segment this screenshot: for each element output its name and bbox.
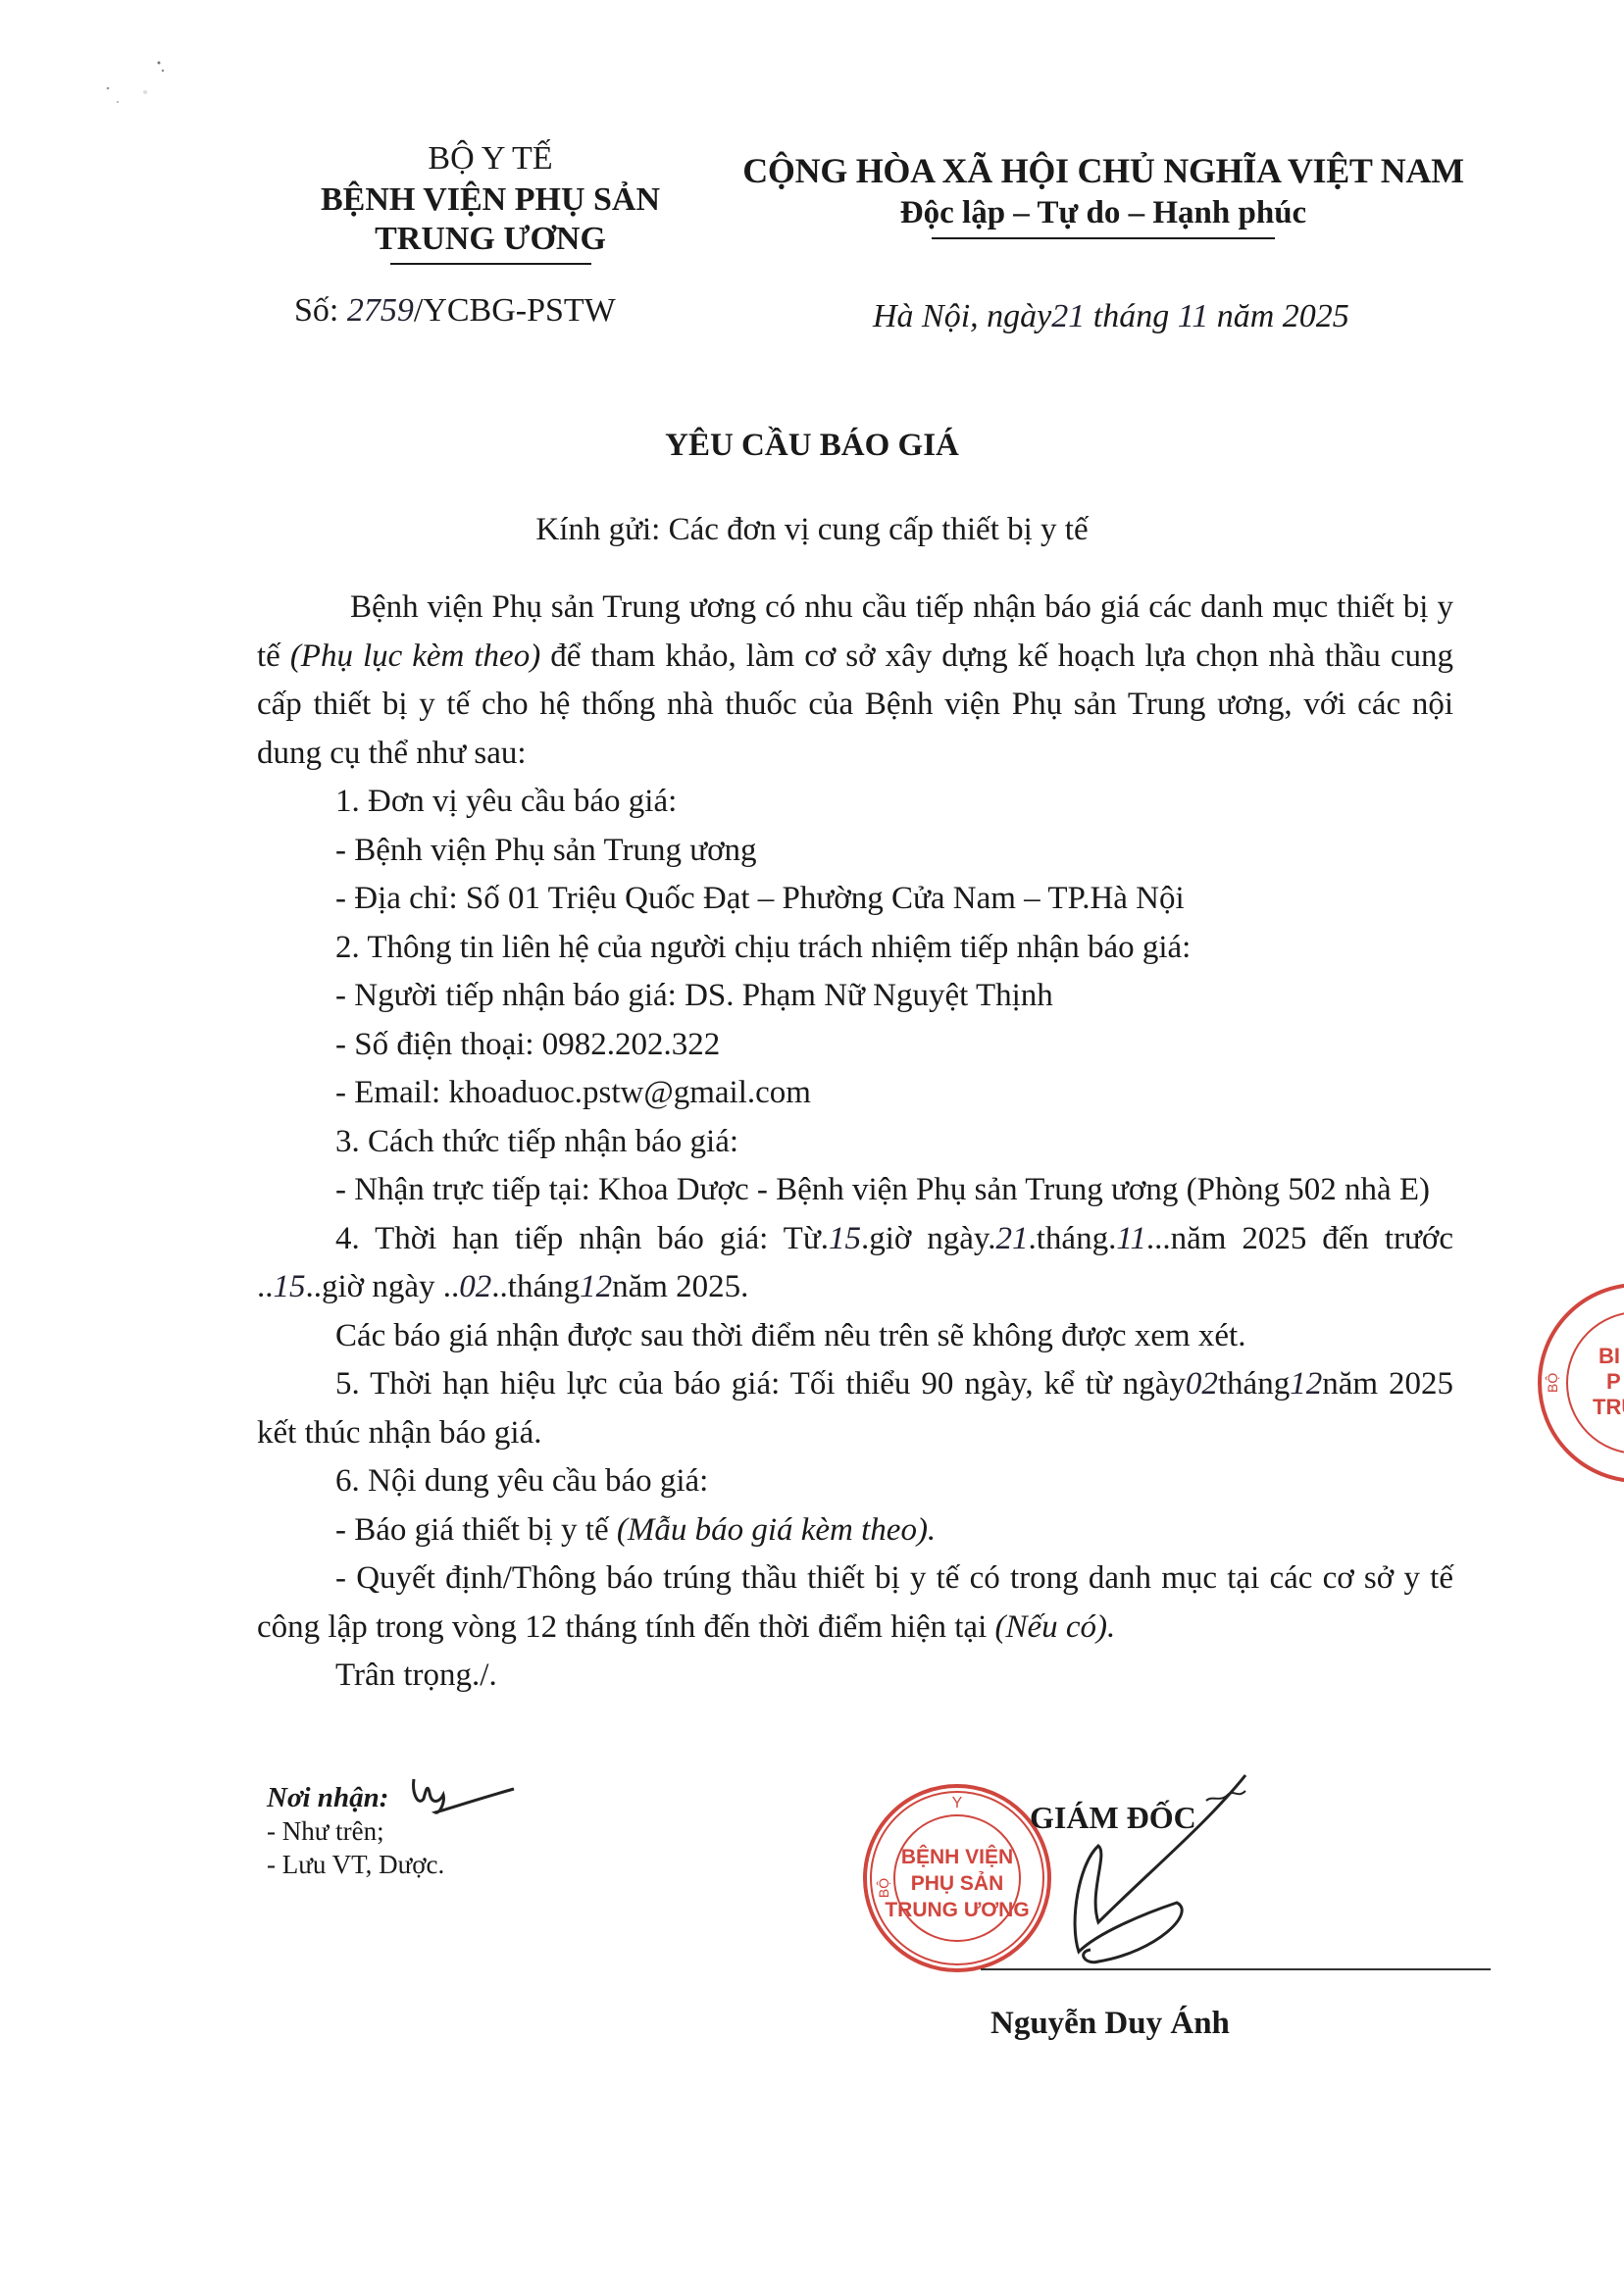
- to-hour: 15: [274, 1269, 306, 1304]
- document-title: YÊU CẦU BÁO GIÁ: [0, 428, 1624, 464]
- signature-line: [981, 1968, 1491, 1970]
- signatory-name: Nguyễn Duy Ánh: [990, 2006, 1230, 2042]
- item-text: - Báo giá thiết bị y tế: [335, 1512, 617, 1548]
- hospital-name-line2: TRUNG ƯƠNG: [275, 220, 706, 259]
- section-4-deadline: 4. Thời hạn tiếp nhận báo giá: Từ.15.giờ…: [257, 1215, 1453, 1312]
- intro-paragraph: Bệnh viện Phụ sản Trung ương có nhu cầu …: [257, 584, 1453, 778]
- s4-text: .giờ ngày.: [861, 1221, 996, 1256]
- closing-regards: Trân trọng./.: [257, 1652, 1453, 1701]
- svg-text:BỘ: BỘ: [1545, 1373, 1560, 1393]
- late-submission-note: Các báo giá nhận được sau thời điểm nêu …: [257, 1312, 1453, 1361]
- receipt-method: - Nhận trực tiếp tại: Khoa Dược - Bệnh v…: [257, 1166, 1453, 1215]
- svg-text:BI: BI: [1599, 1344, 1620, 1368]
- s4-text: năm 2025.: [612, 1269, 748, 1304]
- svg-text:BỘ: BỘ: [876, 1878, 891, 1898]
- issuer-header: BỘ Y TẾ BỆNH VIỆN PHỤ SẢN TRUNG ƯƠNG: [275, 137, 706, 265]
- national-motto: Độc lập – Tự do – Hạnh phúc: [716, 192, 1491, 233]
- from-day: 21: [996, 1221, 1029, 1256]
- s5-text: tháng: [1218, 1366, 1290, 1402]
- issue-date: Hà Nội, ngày21 tháng 11 năm 2025: [873, 298, 1349, 335]
- date-month: 11: [1178, 298, 1208, 334]
- margin-seal-icon: BI P TRU BỘ: [1530, 1275, 1624, 1491]
- item-italic: (Nếu có).: [995, 1609, 1116, 1645]
- section-6-title: 6. Nội dung yêu cầu báo giá:: [257, 1457, 1453, 1506]
- date-year: năm 2025: [1217, 298, 1349, 334]
- s4-text: ..giờ ngày ..: [306, 1269, 460, 1304]
- item-text: - Quyết định/Thông báo trúng thầu thiết …: [257, 1560, 1453, 1645]
- document-body: Bệnh viện Phụ sản Trung ương có nhu cầu …: [257, 584, 1453, 1701]
- svg-text:P: P: [1606, 1369, 1621, 1394]
- date-month-label: tháng: [1093, 298, 1169, 334]
- contact-phone: - Số điện thoại: 0982.202.322: [257, 1021, 1453, 1070]
- content-item-award: - Quyết định/Thông báo trúng thầu thiết …: [257, 1555, 1453, 1652]
- director-signature-icon: [981, 1756, 1334, 1981]
- doc-number-label: Số:: [294, 292, 338, 329]
- to-day: 02: [459, 1269, 491, 1304]
- validity-day: 02: [1186, 1366, 1218, 1402]
- from-hour: 15: [829, 1221, 861, 1256]
- s4-text: .tháng.: [1029, 1221, 1117, 1256]
- section-3-title: 3. Cách thức tiếp nhận báo giá:: [257, 1118, 1453, 1167]
- ministry-name: BỘ Y TẾ: [275, 137, 706, 180]
- country-name: CỘNG HÒA XÃ HỘI CHỦ NGHĨA VIỆT NAM: [716, 149, 1491, 192]
- intro-appendix-ref: (Phụ lục kèm theo): [290, 638, 540, 674]
- doc-number-suffix: /YCBG-PSTW: [414, 292, 616, 329]
- svg-text:TRU: TRU: [1593, 1395, 1624, 1419]
- validity-month: 12: [1290, 1366, 1322, 1402]
- section-2-title: 2. Thông tin liên hệ của người chịu trác…: [257, 924, 1453, 973]
- date-day: 21: [1051, 298, 1085, 334]
- initial-signature-icon: [410, 1773, 518, 1822]
- section-1-title: 1. Đơn vị yêu cầu báo giá:: [257, 778, 1453, 827]
- item-italic: (Mẫu báo giá kèm theo).: [617, 1512, 936, 1548]
- motto-underline: [932, 237, 1275, 239]
- unit-address: - Địa chỉ: Số 01 Triệu Quốc Đạt – Phường…: [257, 875, 1453, 924]
- date-prefix: Hà Nội, ngày: [873, 298, 1051, 334]
- header-underline: [390, 263, 591, 265]
- recipient-line: Kính gửi: Các đơn vị cung cấp thiết bị y…: [0, 512, 1624, 548]
- section-5-validity: 5. Thời hạn hiệu lực của báo giá: Tối th…: [257, 1360, 1453, 1457]
- contact-person: - Người tiếp nhận báo giá: DS. Phạm Nữ N…: [257, 972, 1453, 1021]
- s4-text: ..tháng: [491, 1269, 580, 1304]
- svg-text:Y: Y: [952, 1795, 963, 1811]
- content-item-quote: - Báo giá thiết bị y tế (Mẫu báo giá kèm…: [257, 1506, 1453, 1555]
- requesting-unit: - Bệnh viện Phụ sản Trung ương: [257, 827, 1453, 876]
- scan-noise-mark: [98, 59, 177, 118]
- recipient-item: - Lưu VT, Dược.: [267, 1848, 444, 1881]
- s5-text: 5. Thời hạn hiệu lực của báo giá: Tối th…: [335, 1366, 1186, 1402]
- contact-email: - Email: khoaduoc.pstw@gmail.com: [257, 1069, 1453, 1118]
- from-month: 11: [1116, 1221, 1146, 1256]
- s4-text: 4. Thời hạn tiếp nhận báo giá: Từ.: [335, 1221, 829, 1256]
- to-month: 12: [580, 1269, 612, 1304]
- doc-number-handwritten: 2759: [347, 292, 414, 329]
- national-header: CỘNG HÒA XÃ HỘI CHỦ NGHĨA VIỆT NAM Độc l…: [716, 149, 1491, 239]
- document-number: Số: 2759/YCBG-PSTW: [294, 292, 616, 330]
- hospital-name-line1: BỆNH VIỆN PHỤ SẢN: [275, 180, 706, 220]
